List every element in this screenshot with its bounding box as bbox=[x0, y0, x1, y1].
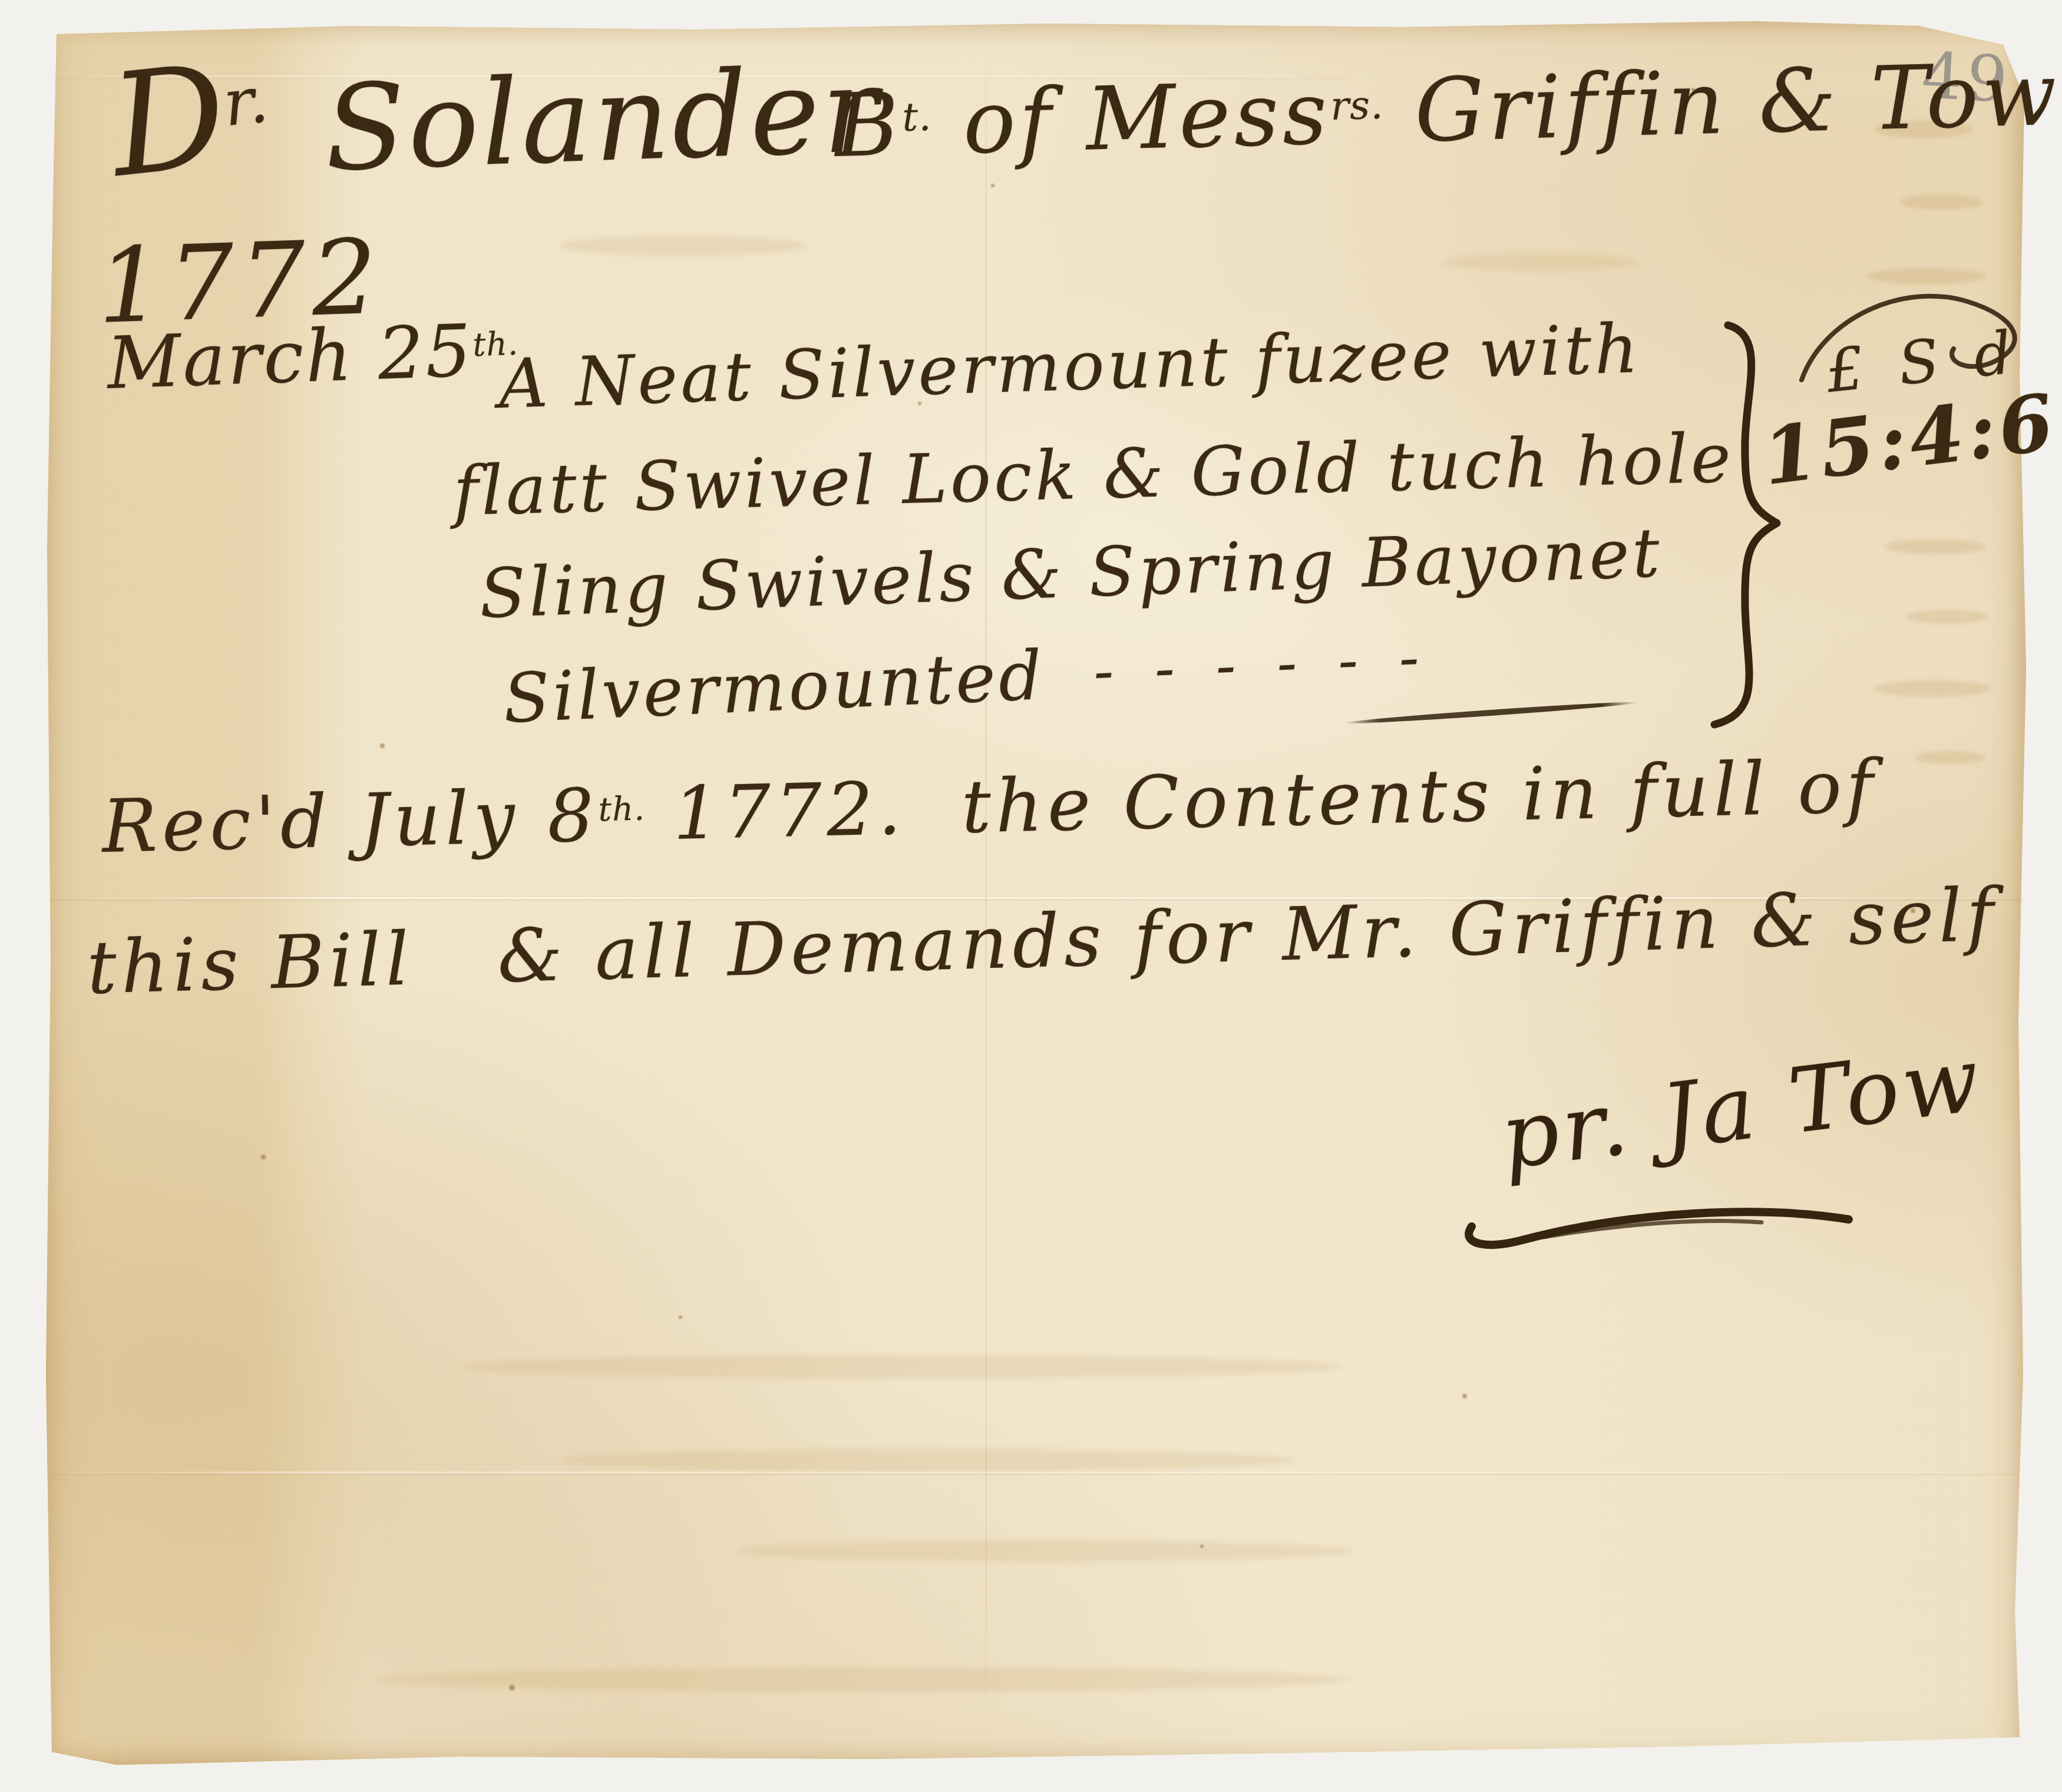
crease-vertical bbox=[985, 27, 987, 1758]
foxing-spot bbox=[679, 1315, 682, 1319]
bleed-through-mark bbox=[560, 236, 807, 256]
bought-mid: of Mess bbox=[930, 62, 1331, 174]
foxing-spot bbox=[261, 1155, 266, 1159]
bleed-through-mark bbox=[1873, 680, 1991, 697]
bought-prefix: B bbox=[834, 74, 904, 177]
bought-superscript-rs: rs. bbox=[1330, 82, 1384, 129]
scanned-receipt: 49 Dr. Solander 1772 Bt. of Messrs. Grif… bbox=[0, 0, 2062, 1792]
debtor-initial: D bbox=[104, 33, 234, 209]
debtor-abbreviation: Dr. bbox=[105, 40, 277, 197]
foxing-spot bbox=[1462, 1394, 1467, 1398]
debtor-name: Solander bbox=[323, 51, 883, 189]
signature-underline-icon bbox=[1455, 1190, 1868, 1261]
entry-date: March 25th. bbox=[106, 313, 520, 399]
bleed-through-mark bbox=[377, 1667, 1349, 1692]
bleed-through-mark bbox=[560, 1449, 1296, 1472]
receipt-ordinal: th. bbox=[598, 790, 646, 829]
entry-month: March bbox=[106, 312, 379, 405]
foxing-spot bbox=[380, 743, 385, 748]
bleed-through-mark bbox=[1915, 751, 1985, 764]
bleed-through-mark bbox=[1900, 194, 1982, 210]
bleed-through-mark bbox=[460, 1355, 1343, 1378]
debtor-superscript: r. bbox=[220, 63, 272, 141]
bleed-through-mark bbox=[1443, 253, 1638, 271]
receipt-date: Rec'd July 8 bbox=[101, 773, 600, 869]
bleed-through-mark bbox=[736, 1540, 1355, 1562]
bleed-through-mark bbox=[1885, 539, 1985, 554]
bleed-through-mark bbox=[1906, 610, 1988, 624]
crease-lower bbox=[50, 1472, 2018, 1473]
bought-superscript-t: t. bbox=[901, 94, 932, 140]
entry-day: 25 bbox=[376, 309, 474, 396]
foxing-spot bbox=[509, 1685, 515, 1691]
foxing-spot bbox=[991, 184, 994, 187]
firm-name: Griffin & Tow bbox=[1382, 44, 2061, 163]
foxing-spot bbox=[1200, 1545, 1204, 1548]
